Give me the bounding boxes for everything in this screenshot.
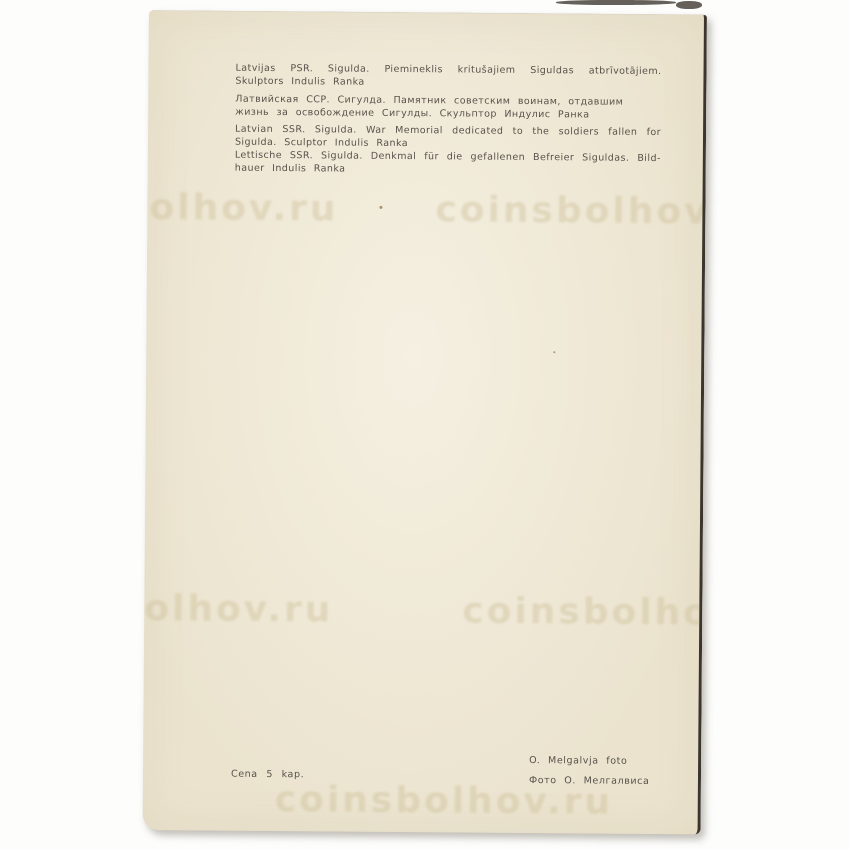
scan-smudge (556, 0, 676, 5)
paper-speck (379, 206, 382, 209)
watermark-text: coinsbolhov (462, 590, 707, 633)
photo-credit-latvian: O. Melgalvja foto (529, 751, 650, 772)
postcard-back: olhov.rucoinsbolhovolhov.rucoinsbolhovco… (143, 10, 707, 834)
scan-background: olhov.rucoinsbolhovolhov.rucoinsbolhovco… (0, 0, 850, 850)
watermark-text: olhov.ru (149, 187, 338, 229)
price-label: Cena 5 kap. (231, 769, 304, 781)
photo-credit: O. Melgalvja foto Фото О. Мелгалвиса (529, 751, 650, 792)
scan-smudge (676, 1, 702, 9)
paper-speck (553, 351, 555, 353)
photo-credit-russian: Фото О. Мелгалвиса (529, 771, 650, 792)
watermark-text: coinsbolhov (435, 189, 707, 232)
watermark-text: olhov.ru (144, 588, 333, 630)
caption-block: Latvijas PSR. Sigulda. Piemineklis kritu… (235, 62, 662, 178)
